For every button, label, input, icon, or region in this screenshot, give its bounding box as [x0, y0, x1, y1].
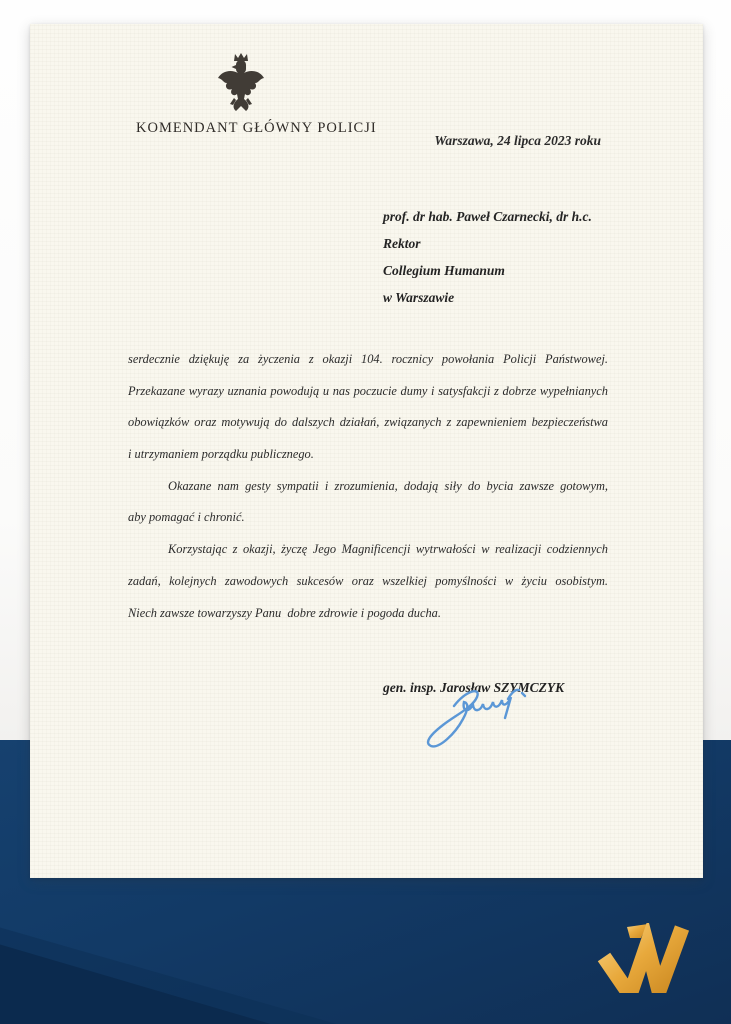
polish-eagle-emblem-icon — [215, 52, 267, 114]
body-line: Przekazane wyrazy uznania powodują u nas… — [128, 376, 608, 408]
date-line: Warszawa, 24 lipca 2023 roku — [434, 133, 601, 149]
body-line: obowiązków oraz motywują do dalszych dzi… — [128, 407, 608, 439]
recipient-city: w Warszawie — [383, 284, 592, 311]
recipient-block: prof. dr hab. Paweł Czarnecki, dr h.c. R… — [383, 203, 592, 311]
handwritten-signature-icon — [418, 684, 530, 750]
recipient-name: prof. dr hab. Paweł Czarnecki, dr h.c. — [383, 203, 592, 230]
body-line: zadań, kolejnych zawodowych sukcesów ora… — [128, 566, 608, 598]
letter-body: serdecznie dziękuję za życzenia z okazji… — [128, 344, 608, 629]
recipient-role: Rektor — [383, 230, 592, 257]
body-line: serdecznie dziękuję za życzenia z okazji… — [128, 344, 608, 376]
recipient-institution: Collegium Humanum — [383, 257, 592, 284]
body-line: aby pomagać i chronić. — [128, 502, 608, 534]
sender-title: KOMENDANT GŁÓWNY POLICJI — [136, 120, 377, 137]
letter-paper: KOMENDANT GŁÓWNY POLICJI Warszawa, 24 li… — [30, 24, 703, 878]
body-line: Okazane nam gesty sympatii i zrozumienia… — [128, 471, 608, 503]
body-line: Niech zawsze towarzyszy Panu dobre zdrow… — [128, 598, 608, 630]
body-line: i utrzymaniem porządku publicznego. — [128, 439, 608, 471]
gold-w-logo-icon — [596, 923, 692, 993]
body-line: Korzystając z okazji, życzę Jego Magnifi… — [128, 534, 608, 566]
